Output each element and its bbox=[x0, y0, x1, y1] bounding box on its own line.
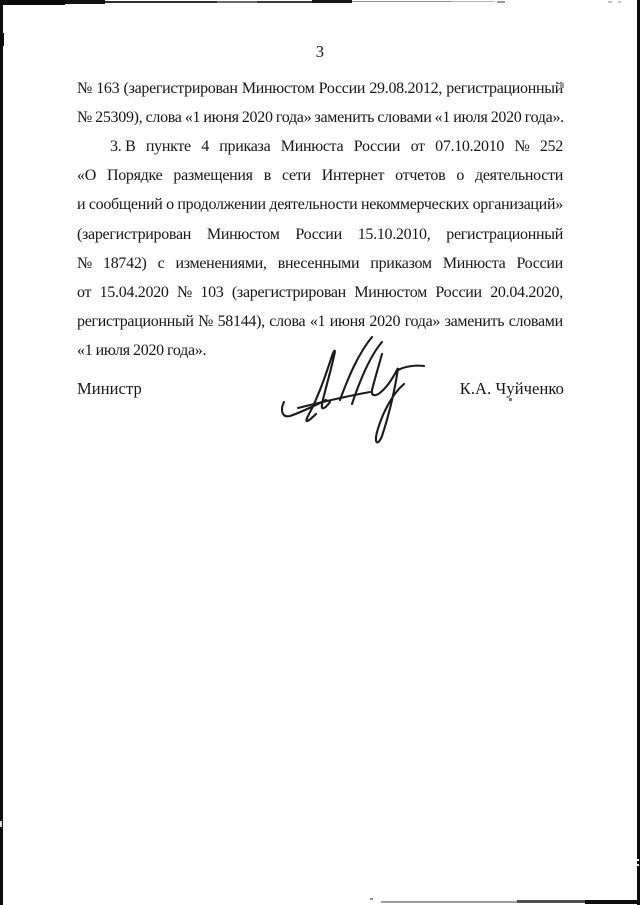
scan-artifact-top-edge bbox=[312, 0, 352, 3]
scan-artifact-top-edge bbox=[618, 1, 621, 3]
text-line: 3. Впункте4приказаМинюстаРоссииот07.10.2… bbox=[77, 132, 563, 161]
scan-artifact-top-edge bbox=[257, 1, 312, 4]
text-line: (зарегистрированМинюстомРоссии15.10.2010… bbox=[77, 220, 563, 249]
scan-artifact-top-edge bbox=[497, 1, 505, 3]
minister-name: К.А. Чуйченко bbox=[460, 379, 564, 399]
scan-artifact-top-edge bbox=[452, 1, 494, 3]
signature-scribble-icon bbox=[278, 330, 440, 448]
text-line: от15.04.2020№103(зарегистрированМинюстом… bbox=[77, 278, 563, 307]
scan-artifact-top-edge bbox=[352, 1, 452, 3]
scan-artifact-right-edge bbox=[637, 0, 640, 905]
scan-artifact-right-notch bbox=[637, 859, 639, 861]
document-page: 3 №163(зарегистрированМинюстомРоссии29.0… bbox=[0, 0, 640, 905]
text-line: №18742)сизменениями,внесеннымиприказомМи… bbox=[77, 249, 563, 278]
minister-title: Министр bbox=[77, 379, 142, 399]
scan-artifact-bottom-edge bbox=[381, 901, 517, 903]
scan-artifact-bottom-edge bbox=[585, 900, 640, 905]
scan-artifact-top-edge bbox=[217, 1, 257, 3]
scan-artifact-speck bbox=[560, 83, 564, 88]
text-line: №163(зарегистрированМинюстомРоссии29.08.… bbox=[77, 74, 563, 103]
scan-artifact-top-edge bbox=[0, 0, 65, 5]
scan-artifact-dot bbox=[370, 898, 373, 901]
page-number: 3 bbox=[0, 42, 640, 62]
text-line: «ОПорядкеразмещениявсетиИнтернетотчетово… bbox=[77, 162, 563, 191]
body-text: №163(зарегистрированМинюстомРоссии29.08.… bbox=[77, 74, 563, 366]
text-line: №25309),слова«1июня2020года»заменитьслов… bbox=[77, 103, 563, 132]
scan-artifact-top-edge bbox=[608, 1, 612, 3]
scan-artifact-top-edge bbox=[105, 1, 217, 4]
scan-artifact-top-edge bbox=[65, 0, 105, 4]
scan-artifact-right-notch bbox=[637, 864, 639, 866]
scan-artifact-left-edge bbox=[0, 0, 3, 905]
scan-artifact-left-bump bbox=[0, 33, 4, 46]
scan-artifact-bottom-edge bbox=[517, 900, 585, 903]
scan-artifact-speck bbox=[509, 398, 512, 401]
scan-artifact-left-notch bbox=[0, 821, 2, 827]
text-line: исообщенийопродолжениидеятельностинекомм… bbox=[77, 191, 563, 220]
